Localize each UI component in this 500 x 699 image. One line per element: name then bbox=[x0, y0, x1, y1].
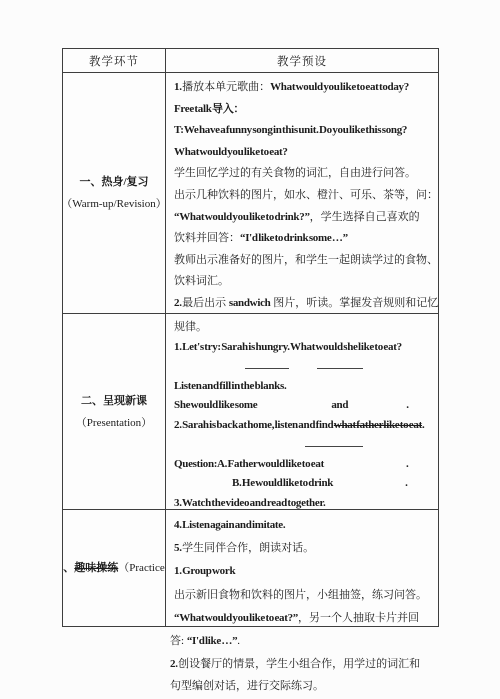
text-segment: . bbox=[406, 399, 408, 411]
text-line bbox=[174, 435, 434, 455]
after-table-text: 答: “I'd like …”.2. 创设餐厅的情景，学生小组合作，用学过的词汇… bbox=[170, 630, 450, 698]
text-line: 2. 创设餐厅的情景，学生小组合作，用学过的词汇和 bbox=[170, 653, 450, 676]
spacer bbox=[324, 466, 406, 467]
text-segment: Question: A. Father would like to eat bbox=[174, 458, 324, 470]
text-segment: （Practice） bbox=[118, 562, 166, 574]
text-segment: . bbox=[405, 477, 407, 489]
text-line: 1. Let's try: Sarah is hungry. What woul… bbox=[174, 338, 434, 358]
text-segment: Listen and fill in the blanks. bbox=[174, 380, 286, 392]
text-segment: . bbox=[406, 458, 408, 470]
text-segment: B. He would like to drink bbox=[232, 477, 333, 489]
text-segment: 趣味操练 bbox=[74, 562, 118, 574]
text-line: T: We have a funny song in this unit. Do… bbox=[174, 120, 434, 142]
text-line: She would like someand. bbox=[174, 396, 434, 416]
table-header-row: 教学环节 教学预设 bbox=[63, 49, 438, 73]
text-segment: 1. bbox=[174, 81, 182, 93]
text-line: 2. Sarah is back at home, listen and fin… bbox=[174, 416, 434, 436]
text-line: 学生回忆学过的有关食物的词汇，自由进行问答。 bbox=[174, 163, 434, 185]
text-segment: 1. Group work bbox=[174, 565, 235, 577]
text-segment: She would like some bbox=[174, 399, 257, 411]
text-segment: and bbox=[331, 399, 348, 411]
text-segment: Free talk bbox=[174, 103, 212, 115]
text-line: What would you like to eat? bbox=[174, 142, 434, 164]
text-line: 二、呈现新课 bbox=[81, 390, 147, 412]
text-segment: “What would you like to eat?” bbox=[174, 612, 298, 624]
text-segment: 饮料词汇。 bbox=[174, 275, 229, 287]
text-line: 答: “I'd like …”. bbox=[170, 630, 450, 653]
text-segment: . bbox=[237, 635, 240, 647]
text-segment: 播放本单元歌曲： bbox=[182, 81, 270, 93]
text-segment: 规律。 bbox=[174, 321, 207, 333]
text-line: 1. 播放本单元歌曲：What would you like to eat to… bbox=[174, 77, 434, 99]
text-line: “What would you like to drink?”，学生选择自己喜欢… bbox=[174, 207, 434, 229]
stage-cell: 一、热身/复习（Warm-up/Revision） bbox=[63, 73, 166, 313]
fill-in-blank-line bbox=[317, 357, 363, 369]
text-segment: ，学生选择自己喜欢的 bbox=[310, 211, 420, 223]
spacer bbox=[348, 407, 406, 408]
text-line: 5. 学生同伴合作，朗读对话。 bbox=[174, 537, 434, 560]
table-row: 一、热身/复习（Warm-up/Revision）1. 播放本单元歌曲：What… bbox=[63, 73, 438, 313]
text-segment: ，另一个人抽取卡片并回 bbox=[298, 612, 419, 624]
text-line: Question: A. Father would like to eat. bbox=[174, 455, 434, 475]
text-segment: （Presentation） bbox=[76, 417, 152, 429]
text-segment: （Warm-up/Revision） bbox=[63, 198, 166, 210]
text-segment: 一、热身/复习 bbox=[79, 176, 148, 188]
text-segment: 2. bbox=[170, 658, 178, 670]
text-line: 4. Listen again and imitate. bbox=[174, 514, 434, 537]
text-segment: 1. Let's try: Sarah is hungry. What woul… bbox=[174, 341, 402, 353]
text-segment: What would you like to eat? bbox=[174, 146, 288, 158]
text-segment: “I'd like …” bbox=[187, 635, 237, 647]
spacer bbox=[257, 407, 331, 408]
text-segment: 出示几种饮料的图片，如水、橙汁、可乐、茶等，问： bbox=[174, 189, 438, 201]
text-segment: 创设餐厅的情景，学生小组合作，用学过的词汇和 bbox=[178, 658, 420, 670]
text-line: B. He would like to drink. bbox=[174, 474, 434, 494]
text-segment: 教师出示准备好的图片，和学生一起朗读学过的食物、 bbox=[174, 254, 438, 266]
text-segment: What would you like to eat today? bbox=[270, 81, 409, 93]
text-line: “What would you like to eat?”，另一个人抽取卡片并回 bbox=[174, 607, 434, 626]
text-line: 三、趣味操练（Practice） bbox=[63, 557, 166, 579]
text-line: 饮料词汇。 bbox=[174, 271, 434, 293]
text-line: 句型编创对话，进行交际练习。 bbox=[170, 675, 450, 698]
text-segment: what father like to eat bbox=[334, 419, 422, 431]
header-teaching-stage: 教学环节 bbox=[63, 49, 166, 72]
spacer bbox=[333, 485, 405, 486]
text-line: （Presentation） bbox=[76, 412, 152, 434]
text-segment: 4. Listen again and imitate. bbox=[174, 519, 285, 531]
text-segment: 3. Watch the video and read together. bbox=[174, 497, 325, 509]
text-line bbox=[174, 357, 434, 377]
text-line: Free talk 导入： bbox=[174, 99, 434, 121]
fill-in-blank-line bbox=[245, 357, 289, 369]
text-segment: 图片，听读。掌握发音规则和记忆 bbox=[270, 297, 438, 309]
text-segment: 二、呈现新课 bbox=[81, 395, 147, 407]
text-line: 教师出示准备好的图片，和学生一起朗读学过的食物、 bbox=[174, 250, 434, 272]
text-segment: “What would you like to drink?” bbox=[174, 211, 310, 223]
text-segment: sandwich bbox=[229, 297, 271, 309]
text-segment: 饮料并回答： bbox=[174, 232, 240, 244]
text-line: （Warm-up/Revision） bbox=[63, 193, 166, 215]
fill-in-blank-line bbox=[305, 435, 363, 447]
lesson-plan-table: 教学环节 教学预设 一、热身/复习（Warm-up/Revision）1. 播放… bbox=[62, 48, 439, 627]
text-segment: 句型编创对话，进行交际练习。 bbox=[170, 680, 324, 692]
spacer bbox=[289, 368, 317, 369]
header-teaching-preset: 教学预设 bbox=[166, 49, 438, 72]
text-segment: T: We have a funny song in this unit. Do… bbox=[174, 124, 407, 136]
text-segment: 2. Sarah is back at home, listen and fin… bbox=[174, 419, 334, 431]
text-line: 一、热身/复习 bbox=[79, 171, 148, 193]
text-line: Listen and fill in the blanks. bbox=[174, 377, 434, 397]
text-segment: 学生同伴合作，朗读对话。 bbox=[182, 542, 314, 554]
text-segment: . bbox=[422, 419, 424, 431]
text-line: 2. 最后出示 sandwich 图片，听读。掌握发音规则和记忆 bbox=[174, 293, 434, 313]
text-line: 饮料并回答：“I'd like to drink some …” bbox=[174, 228, 434, 250]
content-cell: 4. Listen again and imitate.5. 学生同伴合作，朗读… bbox=[166, 510, 438, 626]
table-row: 三、趣味操练（Practice）4. Listen again and imit… bbox=[63, 509, 438, 626]
text-line: 3. Watch the video and read together. bbox=[174, 494, 434, 510]
text-line: 出示几种饮料的图片，如水、橙汁、可乐、茶等，问： bbox=[174, 185, 434, 207]
text-segment: 三、 bbox=[63, 562, 74, 574]
table-body: 一、热身/复习（Warm-up/Revision）1. 播放本单元歌曲：What… bbox=[63, 73, 438, 626]
content-cell: 1. 播放本单元歌曲：What would you like to eat to… bbox=[166, 73, 438, 313]
stage-cell: 三、趣味操练（Practice） bbox=[63, 510, 166, 626]
text-segment: 最后出示 bbox=[182, 297, 229, 309]
text-segment: 答: bbox=[170, 635, 187, 647]
text-segment: 2. bbox=[174, 297, 182, 309]
text-segment: 学生回忆学过的有关食物的词汇，自由进行问答。 bbox=[174, 167, 416, 179]
text-line: 规律。 bbox=[174, 318, 434, 338]
content-cell: 规律。1. Let's try: Sarah is hungry. What w… bbox=[166, 314, 438, 509]
text-segment: 出示新旧食物和饮料的图片，小组抽签，练习问答。 bbox=[174, 589, 427, 601]
text-segment: “I'd like to drink some …” bbox=[240, 232, 348, 244]
text-segment: 导入： bbox=[212, 103, 244, 115]
text-line: 1. Group work bbox=[174, 560, 434, 583]
text-segment: 5. bbox=[174, 542, 182, 554]
spacer bbox=[245, 446, 305, 447]
text-line: 出示新旧食物和饮料的图片，小组抽签，练习问答。 bbox=[174, 584, 434, 607]
table-row: 二、呈现新课（Presentation）规律。1. Let's try: Sar… bbox=[63, 313, 438, 509]
stage-cell: 二、呈现新课（Presentation） bbox=[63, 314, 166, 509]
